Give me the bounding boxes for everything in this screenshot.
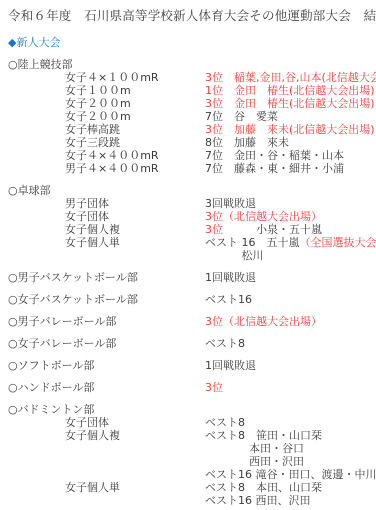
event-name: 女子団体 <box>65 416 205 429</box>
club-line: ○男子バスケットボール部1回戦敗退 <box>8 271 372 284</box>
result-text: 松川 <box>205 249 372 262</box>
result-text: ベスト8 笹田・山口栞 <box>205 429 372 442</box>
result-row: 西田・沢田 <box>8 455 372 468</box>
result-highlight: （全国選抜大会出場） <box>300 236 376 249</box>
result-text: 1位 金田 椿生(北信越大会出場) <box>205 84 375 97</box>
result-text: 3位 小泉・五十嵐 <box>205 223 372 236</box>
result-plain: 3回戦敗退 <box>205 197 256 210</box>
result-text: ベスト8 <box>205 337 372 350</box>
result-text: 7位 金田・谷・稲葉・山本 <box>205 149 372 162</box>
club-name: ○ハンドボール部 <box>8 381 205 394</box>
result-row: 女子１００m1位 金田 椿生(北信越大会出場) <box>8 84 372 97</box>
result-highlight: 3位 金田 椿生(北信越大会出場) <box>205 97 375 110</box>
club-name: ○女子バレーボール部 <box>8 337 205 350</box>
result-row: 女子２００m3位 金田 椿生(北信越大会出場) <box>8 97 372 110</box>
club-line: ○女子バスケットボール部ベスト16 <box>8 293 372 306</box>
result-plain: 7位 谷 愛菜 <box>205 110 278 123</box>
result-highlight: 3位（北信越大会出場） <box>205 315 322 328</box>
result-text: 西田・沢田 <box>205 455 372 468</box>
new-tournament-link[interactable]: ◆新人大会 <box>8 36 60 49</box>
result-text: 本田・谷口 <box>205 442 372 455</box>
club-line: ○男子バレーボール部3位（北信越大会出場） <box>8 315 372 328</box>
result-row: 女子棒高跳3位 加藤 來未(北信越大会出場) <box>8 123 372 136</box>
result-text: 3位 金田 椿生(北信越大会出場) <box>205 97 375 110</box>
result-highlight: 3位 加藤 來未(北信越大会出場) <box>205 123 375 136</box>
result-row: 女子２００m7位 谷 愛菜 <box>8 110 372 123</box>
club-name: ○ソフトボール部 <box>8 359 205 372</box>
result-row: 女子個人複ベスト8 笹田・山口栞 <box>8 429 372 442</box>
result-highlight: 3位 <box>205 381 223 394</box>
event-name: 女子１００m <box>65 84 205 97</box>
result-plain: 西田・沢田 <box>205 455 304 468</box>
result-text: ベスト8 本田、山口栞 <box>205 481 372 494</box>
result-text: 1回戦敗退 <box>205 359 372 372</box>
result-plain: 1回戦敗退 <box>205 271 256 284</box>
club-line: ○ハンドボール部3位 <box>8 381 372 394</box>
club-name: ○女子バスケットボール部 <box>8 293 205 306</box>
result-highlight: 1位 金田 椿生(北信越大会出場) <box>205 84 375 97</box>
club-line: ○卓球部 <box>8 184 372 197</box>
club-name: ○陸上競技部 <box>8 58 205 71</box>
event-name: 女子個人複 <box>65 223 205 236</box>
event-name: 女子４×１００mR <box>65 71 205 84</box>
result-plain: ベスト 16 五十嵐 <box>205 236 300 249</box>
result-plain: ベスト8 本田、山口栞 <box>205 481 322 494</box>
result-text: 3位（北信越大会出場） <box>205 210 372 223</box>
club-line: ○女子バレーボール部ベスト8 <box>8 337 372 350</box>
result-text: 7位 谷 愛菜 <box>205 110 372 123</box>
club-name: ○男子バスケットボール部 <box>8 271 205 284</box>
club-name: ○卓球部 <box>8 184 205 197</box>
result-row: 女子個人単ベスト 16 五十嵐（全国選抜大会出場） <box>8 236 372 249</box>
result-plain: 本田・谷口 <box>205 442 304 455</box>
result-row: 男子４×４００mR7位 藤森・東・細井・小浦 <box>8 162 372 175</box>
result-plain: 松川 <box>205 249 264 262</box>
result-plain: ベスト16 滝谷・田口、渡邊・中川 <box>205 468 376 481</box>
result-row: 男子団体3回戦敗退 <box>8 197 372 210</box>
result-row: 女子個人単ベスト8 本田、山口栞 <box>8 481 372 494</box>
result-highlight: 3位 <box>205 223 223 236</box>
result-row: 女子個人複3位 小泉・五十嵐 <box>8 223 372 236</box>
club-line: ○バドミントン部 <box>8 403 372 416</box>
result-plain: ベスト16 西田、沢田 <box>205 494 311 507</box>
result-plain: ベスト8 笹田・山口栞 <box>205 429 322 442</box>
event-name: 女子２００m <box>65 97 205 110</box>
result-plain: ベスト8 <box>205 416 245 429</box>
result-plain: 1回戦敗退 <box>205 359 256 372</box>
result-text: ベスト16 西田、沢田 <box>205 494 372 507</box>
result-plain: 小泉・五十嵐 <box>223 223 322 236</box>
result-plain: 8位 加藤 來未 <box>205 136 289 149</box>
results-page: 令和６年度 石川県高等学校新人体育大会その他運動部大会 結果 ◆新人大会 ○陸上… <box>0 0 376 507</box>
result-text: 8位 加藤 來未 <box>205 136 372 149</box>
result-row: 女子４×４００mR7位 金田・谷・稲葉・山本 <box>8 149 372 162</box>
result-row: 女子団体ベスト8 <box>8 416 372 429</box>
event-name: 女子４×４００mR <box>65 149 205 162</box>
nav-row: ◆新人大会 <box>8 36 372 49</box>
result-plain: ベスト8 <box>205 337 245 350</box>
result-text: ベスト 16 五十嵐（全国選抜大会出場） <box>205 236 376 249</box>
club-line: ○ソフトボール部1回戦敗退 <box>8 359 372 372</box>
result-row: 女子４×１００mR3位 稲葉,金田,谷,山本(北信越大会出場) <box>8 71 372 84</box>
result-text: ベスト16 滝谷・田口、渡邊・中川 <box>205 468 376 481</box>
club-line: ○陸上競技部 <box>8 58 372 71</box>
event-name: 女子団体 <box>65 210 205 223</box>
event-name: 女子個人単 <box>65 481 205 494</box>
result-highlight: 3位（北信越大会出場） <box>205 210 322 223</box>
page-title: 令和６年度 石川県高等学校新人体育大会その他運動部大会 結果 <box>8 8 372 24</box>
result-highlight: 3位 稲葉,金田,谷,山本(北信越大会出場) <box>205 71 376 84</box>
result-plain: 7位 金田・谷・稲葉・山本 <box>205 149 344 162</box>
result-row: 女子団体3位（北信越大会出場） <box>8 210 372 223</box>
event-name: 女子個人複 <box>65 429 205 442</box>
results-list: ○陸上競技部女子４×１００mR3位 稲葉,金田,谷,山本(北信越大会出場)女子１… <box>8 58 372 507</box>
event-name: 男子４×４００mR <box>65 162 205 175</box>
event-name: 女子三段跳 <box>65 136 205 149</box>
result-text: 3回戦敗退 <box>205 197 372 210</box>
result-row: 松川 <box>8 249 372 262</box>
result-row: ベスト16 滝谷・田口、渡邊・中川 <box>8 468 372 481</box>
club-name: ○バドミントン部 <box>8 403 205 416</box>
event-name: 女子個人単 <box>65 236 205 249</box>
result-text: 3位 加藤 來未(北信越大会出場) <box>205 123 375 136</box>
result-text: 3位（北信越大会出場） <box>205 315 372 328</box>
result-text: 7位 藤森・東・細井・小浦 <box>205 162 372 175</box>
result-text: 3位 稲葉,金田,谷,山本(北信越大会出場) <box>205 71 376 84</box>
result-text: 1回戦敗退 <box>205 271 372 284</box>
result-text: ベスト8 <box>205 416 372 429</box>
result-text: ベスト16 <box>205 293 372 306</box>
result-row: 本田・谷口 <box>8 442 372 455</box>
result-text: 3位 <box>205 381 372 394</box>
event-name: 男子団体 <box>65 197 205 210</box>
result-plain: 7位 藤森・東・細井・小浦 <box>205 162 344 175</box>
event-name: 女子棒高跳 <box>65 123 205 136</box>
result-row: 女子三段跳8位 加藤 來未 <box>8 136 372 149</box>
event-name: 女子２００m <box>65 110 205 123</box>
result-row: ベスト16 西田、沢田 <box>8 494 372 507</box>
result-plain: ベスト16 <box>205 293 252 306</box>
club-name: ○男子バレーボール部 <box>8 315 205 328</box>
